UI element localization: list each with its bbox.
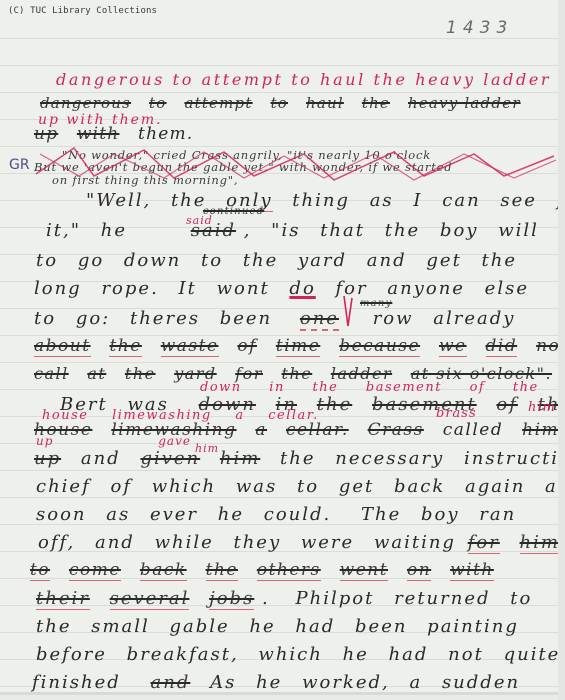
manuscript-page: (C) TUC Library Collections 1433 dangero… xyxy=(0,0,560,695)
word: The xyxy=(361,504,401,525)
word: he xyxy=(256,672,282,693)
word: he xyxy=(218,504,244,525)
struck-line: dangerous to attempt to haul the heavy l… xyxy=(40,94,533,112)
word: of xyxy=(110,476,132,497)
word: anyone xyxy=(387,278,465,299)
word: been xyxy=(220,308,272,329)
word: we xyxy=(439,336,467,357)
word: said xyxy=(191,220,236,241)
word: the xyxy=(109,336,141,357)
word: for xyxy=(468,532,500,554)
word: "Well, xyxy=(86,190,151,211)
word: soon xyxy=(36,504,87,525)
word: necessary xyxy=(335,448,444,469)
word: can xyxy=(442,190,480,211)
word: been xyxy=(355,616,407,637)
word: at xyxy=(87,364,106,383)
word: while xyxy=(155,532,214,553)
word: him xyxy=(522,420,559,440)
word: do xyxy=(289,278,315,299)
word: their xyxy=(36,588,90,610)
word: the xyxy=(243,250,278,271)
word: given xyxy=(140,448,200,469)
word: chief xyxy=(36,476,91,497)
word: will xyxy=(498,220,539,241)
copyright-label: (C) TUC Library Collections xyxy=(8,6,157,16)
word: the xyxy=(206,560,238,581)
word: go: xyxy=(76,308,110,329)
word: to xyxy=(271,94,288,112)
word: . xyxy=(262,588,270,609)
word: the xyxy=(482,250,517,271)
word: went xyxy=(340,560,388,581)
word: wont xyxy=(217,278,270,299)
word: I xyxy=(413,190,422,211)
word: he xyxy=(101,220,127,241)
margin-initials: GR xyxy=(9,157,30,173)
word: that xyxy=(320,220,365,241)
red-insert-line: down in the basement of the xyxy=(200,380,539,395)
word: come xyxy=(69,560,121,581)
word: a xyxy=(409,672,422,693)
word: as xyxy=(106,504,130,525)
word: get xyxy=(426,250,461,271)
text-line: up and given him the necessary instructi… xyxy=(34,448,565,469)
word: he xyxy=(343,644,369,665)
word: was xyxy=(236,476,277,497)
word: and xyxy=(95,532,135,553)
word: as xyxy=(370,190,394,211)
word: of xyxy=(496,394,518,415)
word: were xyxy=(301,532,354,553)
page-edge xyxy=(558,0,565,700)
word: one xyxy=(300,308,339,331)
word: to xyxy=(149,94,166,112)
word: the xyxy=(317,394,352,415)
word: down xyxy=(200,380,242,395)
word: see xyxy=(500,190,537,211)
text-line: it," he said , "is that the boy will 'av… xyxy=(46,220,565,241)
word: in xyxy=(269,380,285,395)
word: back xyxy=(140,560,187,581)
text-line: soon as ever he could. The boy ran xyxy=(36,504,528,525)
red-correction-brass: brass xyxy=(436,406,477,421)
text-line: off, and while they were waiting for him xyxy=(38,532,565,554)
word: on xyxy=(407,560,431,581)
word: the xyxy=(280,448,315,469)
word: had xyxy=(295,616,335,637)
word: waiting xyxy=(374,532,456,553)
word: small xyxy=(91,616,150,637)
word: up xyxy=(34,448,61,469)
word: basement xyxy=(366,380,442,395)
word: rope. xyxy=(101,278,158,299)
word: row xyxy=(373,308,414,329)
word: gave xyxy=(158,434,191,448)
word: him xyxy=(520,532,560,554)
text-line: "Well, the only thing as I can see for xyxy=(86,190,565,212)
word: else xyxy=(485,278,529,299)
red-insert-line: dangerous to attempt to haul the heavy l… xyxy=(56,70,551,89)
word: breakfast, xyxy=(127,644,239,665)
word: quite xyxy=(504,644,561,665)
word: a xyxy=(255,420,267,440)
red-insert-line: up gave xyxy=(36,434,191,448)
word: and xyxy=(367,250,407,271)
word: the xyxy=(385,220,420,241)
word: off, xyxy=(38,532,75,553)
text-line: to come back the others went on with xyxy=(30,560,506,581)
struck-continued: continued xyxy=(203,206,264,217)
word: they xyxy=(233,532,281,553)
word: sudden xyxy=(442,672,520,693)
word: ran xyxy=(479,504,516,525)
word: , xyxy=(244,220,252,241)
word: back xyxy=(394,476,445,497)
word: of xyxy=(470,380,486,395)
word: him xyxy=(220,448,260,469)
text-line: about the waste of time because we did n… xyxy=(34,336,565,357)
word: attempt xyxy=(184,94,252,112)
word: several xyxy=(110,588,190,610)
text-line: before breakfast, which he had not quite xyxy=(36,644,565,665)
text-line: long rope. It wont do for anyone else xyxy=(34,278,541,299)
word: not xyxy=(448,644,484,665)
word: get xyxy=(339,476,374,497)
word: up xyxy=(36,434,53,448)
word: which xyxy=(258,644,322,665)
word: the xyxy=(171,190,206,211)
word: go xyxy=(78,250,104,271)
word: boy xyxy=(421,504,460,525)
red-correction-him: him xyxy=(528,400,556,415)
word: with xyxy=(450,560,494,581)
word: to xyxy=(34,308,56,329)
word: worked, xyxy=(302,672,390,693)
word: dangerous xyxy=(40,94,131,112)
page-number: 1433 xyxy=(446,18,513,38)
text-line: to go down to the yard and get the xyxy=(36,250,529,271)
word: waste xyxy=(161,336,219,357)
word: because xyxy=(339,336,420,357)
red-caret-mark-icon xyxy=(336,292,376,332)
word: before xyxy=(36,644,107,665)
word: painting xyxy=(427,616,519,637)
word: called xyxy=(443,420,503,440)
word: boy xyxy=(440,220,479,241)
word: the xyxy=(36,616,71,637)
word: cellar. xyxy=(286,420,349,440)
word: returned xyxy=(394,588,490,609)
word: As xyxy=(210,672,236,693)
word: ever xyxy=(150,504,198,525)
word: them. xyxy=(138,124,193,144)
word: up xyxy=(34,124,58,144)
word: of xyxy=(237,336,257,356)
cancelled-passage: "No wonder," cried Crass angrily, "it's … xyxy=(34,146,560,188)
word: long xyxy=(34,278,82,299)
word: which xyxy=(152,476,216,497)
word: yard xyxy=(298,250,347,271)
word: already xyxy=(433,308,515,329)
word: thing xyxy=(292,190,350,211)
word: theres xyxy=(130,308,200,329)
word: Philpot xyxy=(296,588,375,609)
word: about xyxy=(34,336,91,357)
word: call xyxy=(34,364,69,383)
word: it," xyxy=(46,220,81,241)
word: haul xyxy=(306,94,344,112)
red-cancel-scribble-icon xyxy=(34,146,560,188)
word: instructions, xyxy=(464,448,565,469)
word: and xyxy=(151,672,191,693)
word: to xyxy=(36,250,58,271)
text-line: to go: theres been one row already xyxy=(34,308,527,331)
word: the xyxy=(362,94,390,112)
word: finished xyxy=(32,672,121,693)
word: heavy ladder xyxy=(408,94,521,112)
word: again xyxy=(465,476,525,497)
word: did xyxy=(486,336,518,357)
word: to xyxy=(297,476,319,497)
text-line: their several jobs . Philpot returned to xyxy=(36,588,544,610)
word: had xyxy=(389,644,429,665)
word: could. xyxy=(264,504,332,525)
word: to xyxy=(510,588,532,609)
word: Crass xyxy=(368,420,424,440)
word: and xyxy=(81,448,121,469)
word: jobs xyxy=(209,588,254,610)
word: others xyxy=(257,560,321,581)
text-line: up with them. xyxy=(34,124,205,144)
word: down xyxy=(124,250,181,271)
word: It xyxy=(179,278,197,299)
word: to xyxy=(201,250,223,271)
word: the xyxy=(513,380,539,395)
text-line: chief of which was to get back again as xyxy=(36,476,565,497)
word: he xyxy=(249,616,275,637)
word: the xyxy=(312,380,338,395)
word: to xyxy=(30,560,50,581)
word: gable xyxy=(170,616,230,637)
word: with xyxy=(77,124,120,144)
word: "is xyxy=(271,220,300,241)
text-line: the small gable he had been painting xyxy=(36,616,531,637)
text-line: finished and As he worked, a sudden xyxy=(32,672,532,693)
word: time xyxy=(276,336,320,357)
word: the xyxy=(125,364,156,383)
